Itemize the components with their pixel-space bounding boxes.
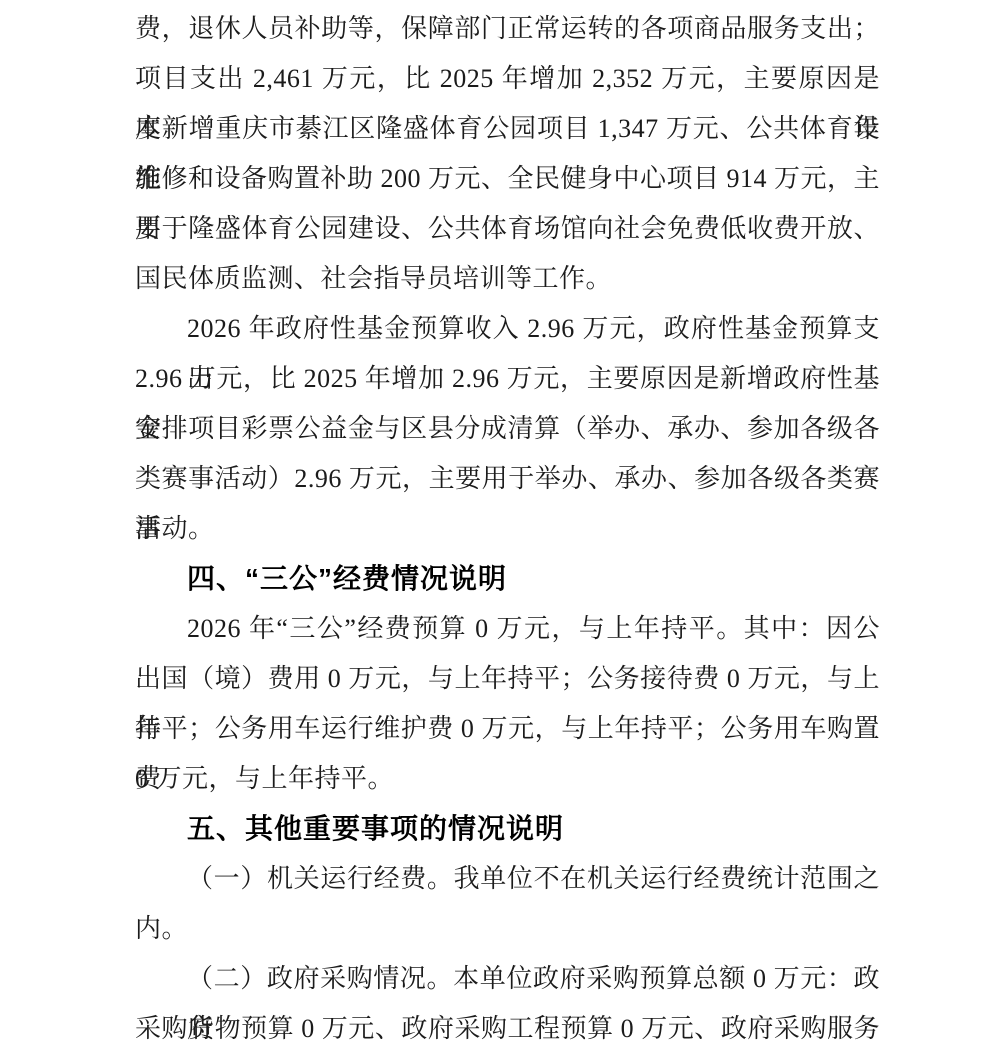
- document-line: 2026 年政府性基金预算收入 2.96 万元，政府性基金预算支出: [135, 304, 880, 354]
- document-line: 国民体质监测、社会指导员培训等工作。: [135, 254, 880, 304]
- document-line: 出国（境）费用 0 万元，与上年持平；公务接待费 0 万元，与上年: [135, 654, 880, 704]
- document-line: 类赛事活动）2.96 万元，主要用于举办、承办、参加各级各类赛事: [135, 454, 880, 504]
- document-line: 持平；公务用车运行维护费 0 万元，与上年持平；公务用车购置费: [135, 704, 880, 754]
- document-line: 度新增重庆市綦江区隆盛体育公园项目 1,347 万元、公共体育设施: [135, 104, 880, 154]
- section-heading-other-items: 五、其他重要事项的情况说明: [135, 804, 880, 854]
- document-line: 采购货物预算 0 万元、政府采购工程预算 0 万元、政府采购服务预: [135, 1004, 880, 1053]
- document-line: （一）机关运行经费。我单位不在机关运行经费统计范围之: [135, 854, 880, 904]
- document-page: 费，退休人员补助等，保障部门正常运转的各项商品服务支出； 项目支出 2,461 …: [0, 0, 1000, 1053]
- document-line: 0 万元，与上年持平。: [135, 754, 880, 804]
- document-line: 用于隆盛体育公园建设、公共体育场馆向社会免费低收费开放、: [135, 204, 880, 254]
- document-line: 项目支出 2,461 万元，比 2025 年增加 2,352 万元，主要原因是本…: [135, 54, 880, 104]
- document-line: （二）政府采购情况。本单位政府采购预算总额 0 万元：政府: [135, 954, 880, 1004]
- document-line: 内。: [135, 904, 880, 954]
- document-line: 活动。: [135, 504, 880, 554]
- document-line: 维修和设备购置补助 200 万元、全民健身中心项目 914 万元，主要: [135, 154, 880, 204]
- document-line: 2026 年“三公”经费预算 0 万元，与上年持平。其中：因公: [135, 604, 880, 654]
- document-line: 费，退休人员补助等，保障部门正常运转的各项商品服务支出；: [135, 4, 880, 54]
- document-line: 2.96 万元，比 2025 年增加 2.96 万元，主要原因是新增政府性基金: [135, 354, 880, 404]
- document-line: 安排项目彩票公益金与区县分成清算（举办、承办、参加各级各: [135, 404, 880, 454]
- section-heading-three-public: 四、“三公”经费情况说明: [135, 554, 880, 604]
